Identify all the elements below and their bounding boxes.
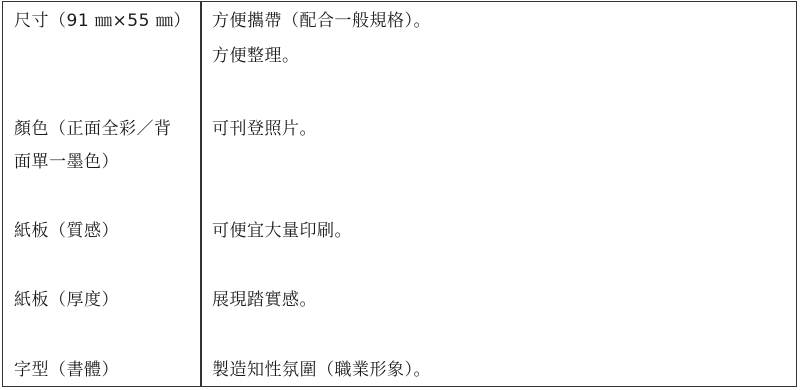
attribute-paper-thickness: 紙板（厚度）: [14, 290, 119, 310]
benefit-paper-texture: 可便宜大量印刷。: [212, 221, 352, 241]
attribute-paper-texture: 紙板（質感）: [14, 221, 119, 241]
attribute-size: 尺寸（91 ㎜×55 ㎜）: [14, 11, 191, 31]
benefit-size-1: 方便攜帶（配合一般規格）。: [212, 11, 431, 31]
benefit-paper-thickness: 展現踏實感。: [212, 290, 317, 310]
attribute-color-2: 面單一墨色）: [14, 152, 119, 172]
attribute-color-1: 顏色（正面全彩／背: [14, 119, 172, 139]
benefit-size-2: 方便整理。: [212, 46, 300, 66]
benefit-color: 可刊登照片。: [212, 119, 317, 139]
business-card-feature-table: 尺寸（91 ㎜×55 ㎜） 方便攜帶（配合一般規格）。 方便整理。 顏色（正面全…: [2, 1, 797, 387]
benefit-font: 製造知性氛圍（職業形象）。: [212, 360, 431, 380]
attribute-font: 字型（書體）: [14, 360, 119, 380]
column-divider: [200, 2, 202, 386]
